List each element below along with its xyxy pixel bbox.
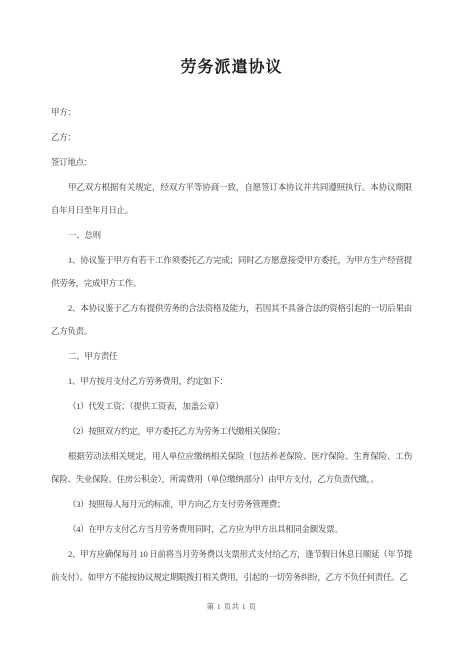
paragraph: 1、甲方按月支付乙方劳务费用，约定如下： — [51, 370, 412, 393]
paragraph: 签订地点： — [51, 151, 412, 174]
paragraph: （2）按照双方约定，甲方委托乙方为劳务工代缴相关保险； — [51, 420, 412, 443]
paragraph: （3）按照每人每月元的标准，甲方向乙方支付劳务管理费； — [51, 493, 412, 516]
paragraph: 乙方： — [51, 126, 412, 149]
paragraph: 甲方： — [51, 101, 412, 124]
paragraph: 2、甲方应确保每月 10 日前将当月劳务费以支票形式支付给乙方，逢节假日休息日顺… — [51, 543, 412, 589]
document-title: 劳务派遣协议 — [0, 54, 463, 77]
paragraph: 根据劳动法相关规定，用人单位应缴纳相关保险（包括养老保险、医疗保险、生育保险、工… — [51, 445, 412, 491]
paragraph: 一、总则 — [51, 224, 412, 247]
paragraph: （4）在甲方支付乙方当月劳务费用同时，乙方应为甲方出具相同金额发票。 — [51, 518, 412, 541]
paragraph: 甲乙双方根据有关规定，经双方平等协商一致，自愿签订本协议并共同遵照执行。本协议期… — [51, 176, 412, 222]
paragraph: 1、协议鉴于甲方有若干工作须委托乙方完成；同时乙方愿意接受甲方委托，为甲方生产经… — [51, 249, 412, 295]
document-page: 劳务派遣协议 甲方：乙方：签订地点：甲乙双方根据有关规定，经双方平等协商一致，自… — [0, 0, 463, 655]
paragraph: （1）代发工资；（提供工资表，加盖公章） — [51, 395, 412, 418]
paragraph: 2、本协议鉴于乙方有提供劳务的合法资格及能力，若因其不具备合法的资格引起的一切后… — [51, 297, 412, 343]
paragraph: 二、甲方责任 — [51, 345, 412, 368]
document-body: 甲方：乙方：签订地点：甲乙双方根据有关规定，经双方平等协商一致，自愿签订本协议并… — [51, 101, 412, 591]
page-indicator: 第 1 页共 1 页 — [207, 602, 257, 611]
page-footer: 第 1 页共 1 页 — [0, 601, 463, 612]
